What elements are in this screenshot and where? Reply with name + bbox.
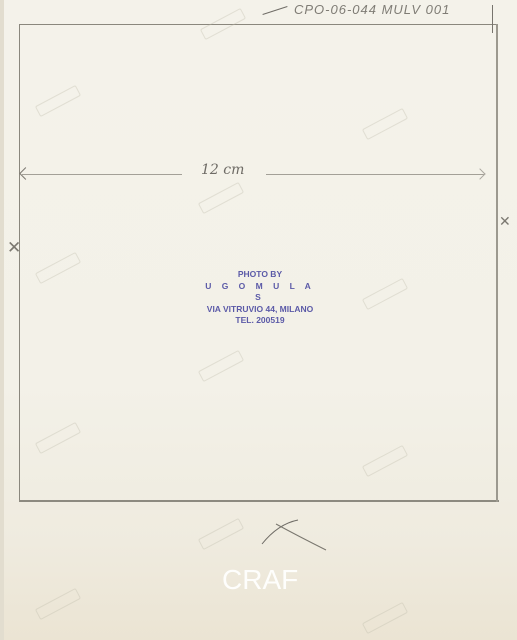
archive-code-text: CPO-06-044 MULV 001 xyxy=(294,2,450,17)
frame-right-edge xyxy=(496,24,498,502)
photographer-stamp: PHOTO BY U G O M U L A S VIA VITRUVIO 44… xyxy=(200,269,320,327)
cross-mark-bottom-icon xyxy=(258,516,328,556)
craf-watermark: CRAF xyxy=(222,564,298,596)
pencil-stroke xyxy=(262,6,287,15)
stamp-line-address: VIA VITRUVIO 44, MILANO xyxy=(200,304,320,316)
cross-mark-right-icon: ✕ xyxy=(499,214,511,230)
dimension-label: 12 cm xyxy=(201,162,244,178)
photo-verso-sheet: CPO-06-044 MULV 001 12 cm ✕ ✕ PHOTO BY U… xyxy=(0,0,517,640)
emboss-mark xyxy=(198,518,244,550)
corner-tick-mark xyxy=(492,5,493,33)
emboss-mark xyxy=(362,602,408,634)
cross-mark-left-icon: ✕ xyxy=(7,238,21,258)
stamp-line-name: U G O M U L A S xyxy=(200,281,320,304)
frame-bottom-edge xyxy=(19,500,499,502)
dimension-line-left xyxy=(22,174,182,175)
dimension-line-right xyxy=(266,174,484,175)
pencil-crop-frame xyxy=(19,24,497,501)
emboss-mark xyxy=(35,588,81,620)
stamp-line-phone: TEL. 200519 xyxy=(200,315,320,327)
stamp-line-credit: PHOTO BY xyxy=(200,269,320,281)
archive-code-note: CPO-06-044 MULV 001 xyxy=(262,2,450,17)
